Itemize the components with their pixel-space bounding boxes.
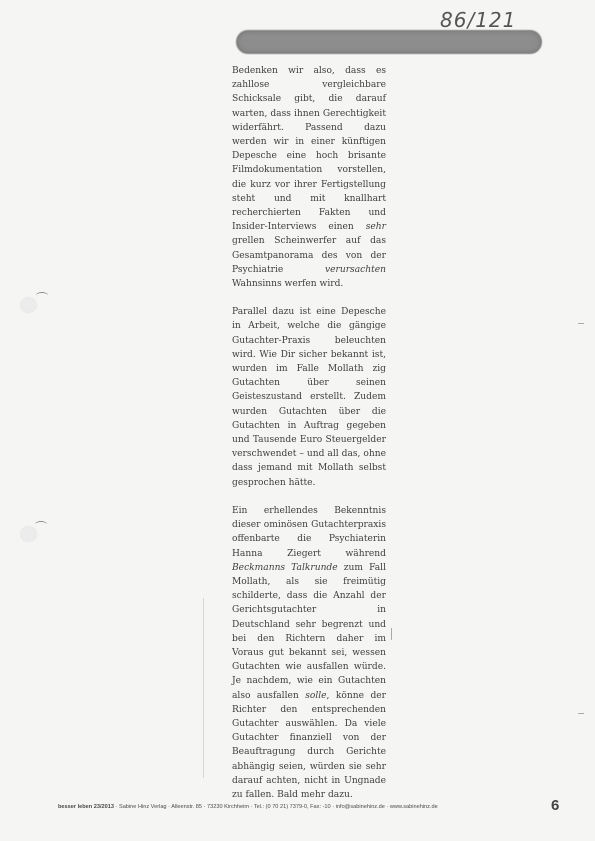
footer-magazine: besser leben 23/2013 [58, 804, 114, 810]
footer-website: www.sabinehinz.de [390, 804, 438, 810]
margin-mark [578, 713, 584, 714]
handwritten-reference-number: 86/121 [440, 8, 516, 32]
page-number: 6 [551, 797, 559, 814]
article-column: Bedenken wir also, dass es zahllose verg… [232, 64, 386, 816]
footer-email: info@sabinehinz.de [336, 804, 385, 810]
footer-phone: Tel.: (0 70 21) 7379-0, Fax: -10 [254, 804, 331, 810]
redaction-bar [236, 30, 542, 54]
footer-city: 73230 Kirchheim [207, 804, 249, 810]
scanned-page: 86/121 Bedenken wir also, dass es zahllo… [0, 0, 595, 841]
article-paragraph: Ein erhellendes Bekenntnis dieser ominös… [232, 504, 386, 802]
article-paragraph: Parallel dazu ist eine Depesche in Arbei… [232, 305, 386, 490]
article-paragraph: Bedenken wir also, dass es zahllose verg… [232, 64, 386, 291]
margin-mark [203, 598, 204, 778]
margin-mark [578, 323, 584, 324]
page-footer: besser leben 23/2013 · Sabine Hinz Verla… [58, 804, 538, 810]
punch-hole-top [21, 298, 36, 312]
punch-hole-arc-bottom [35, 521, 47, 528]
margin-mark [391, 628, 392, 640]
footer-address: Alleenstr. 85 [171, 804, 202, 810]
punch-hole-bottom [21, 527, 36, 541]
punch-hole-arc-top [36, 292, 48, 299]
footer-publisher: Sabine Hinz Verlag [119, 804, 167, 810]
